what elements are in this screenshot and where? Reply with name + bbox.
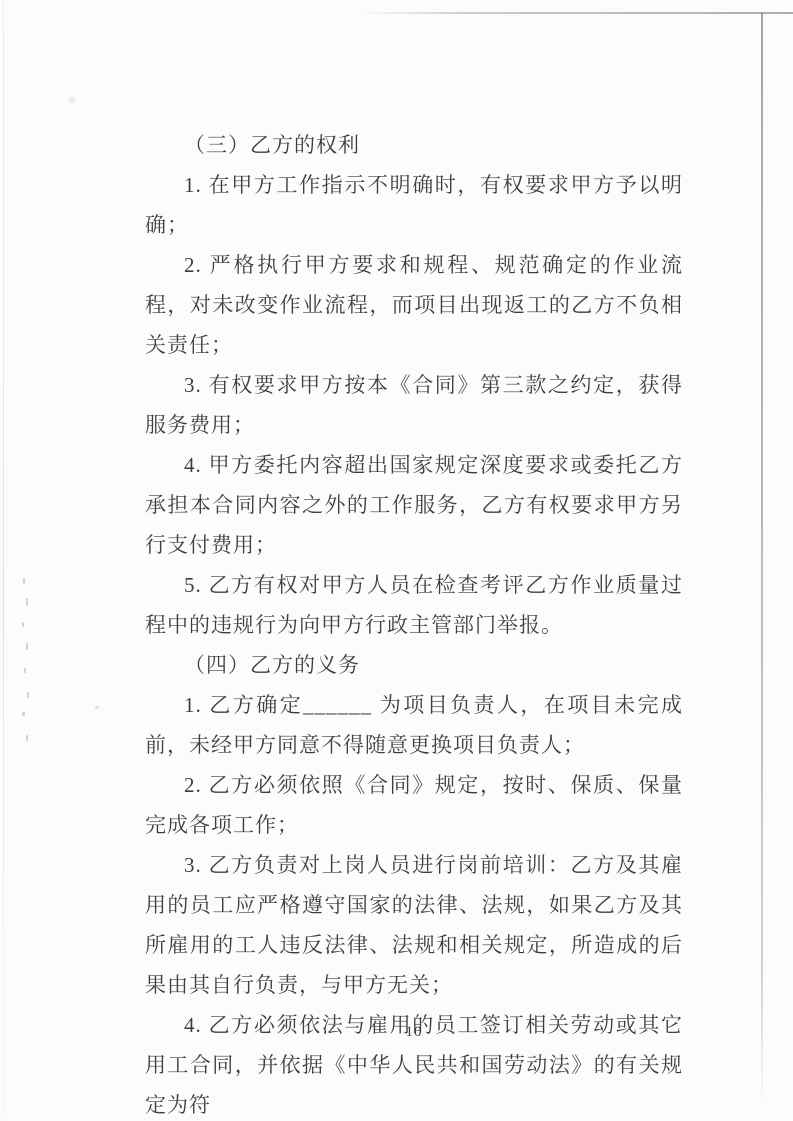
scan-edge-left-line xyxy=(3,0,4,1121)
rights-clause-1: 1. 在甲方工作指示不明确时，有权要求甲方予以明确； xyxy=(145,165,683,245)
scan-noise-smudge xyxy=(68,98,76,103)
obligations-clause-2: 2. 乙方必须依照《合同》规定，按时、保质、保量完成各项工作； xyxy=(145,765,683,845)
scanned-contract-page: （三）乙方的权利 1. 在甲方工作指示不明确时，有权要求甲方予以明确； 2. 严… xyxy=(0,0,793,1121)
rights-clause-2: 2. 严格执行甲方要求和规程、规范确定的作业流程，对未改变作业流程，而项目出现返… xyxy=(145,245,683,365)
contract-body: （三）乙方的权利 1. 在甲方工作指示不明确时，有权要求甲方予以明确； 2. 严… xyxy=(145,125,683,1121)
section-heading-party-b-obligations: （四）乙方的义务 xyxy=(145,645,683,685)
scan-noise-speck xyxy=(26,643,28,650)
section-heading-party-b-rights: （三）乙方的权利 xyxy=(145,125,683,165)
obligations-clause-1: 1. 乙方确定______ 为项目负责人，在项目未完成前，未经甲方同意不得随意更… xyxy=(145,685,683,765)
scan-noise-speck xyxy=(24,668,26,673)
scan-noise-speck xyxy=(95,706,99,709)
scan-noise-speck xyxy=(26,598,28,606)
scan-noise-speck xyxy=(23,578,25,584)
scan-noise-speck xyxy=(26,735,28,741)
scan-edge-right-line xyxy=(761,13,763,1108)
scan-noise-speck xyxy=(22,712,25,716)
rights-clause-4: 4. 甲方委托内容超出国家规定深度要求或委托乙方承担本合同内容之外的工作服务，乙… xyxy=(145,445,683,565)
scan-edge-top-line xyxy=(360,12,793,14)
page-number: 10 xyxy=(145,1024,683,1041)
rights-clause-5: 5. 乙方有权对甲方人员在检查考评乙方作业质量过程中的违规行为向甲方行政主管部门… xyxy=(145,565,683,645)
scan-noise-speck xyxy=(27,692,29,698)
rights-clause-3: 3. 有权要求甲方按本《合同》第三款之约定，获得服务费用； xyxy=(145,365,683,445)
obligations-clause-4: 4. 乙方必须依法与雇用的员工签订相关劳动或其它用工合同，并依据《中华人民共和国… xyxy=(145,1005,683,1121)
scan-noise-speck xyxy=(22,622,24,627)
obligations-clause-3: 3. 乙方负责对上岗人员进行岗前培训：乙方及其雇用的员工应严格遵守国家的法律、法… xyxy=(145,845,683,1005)
